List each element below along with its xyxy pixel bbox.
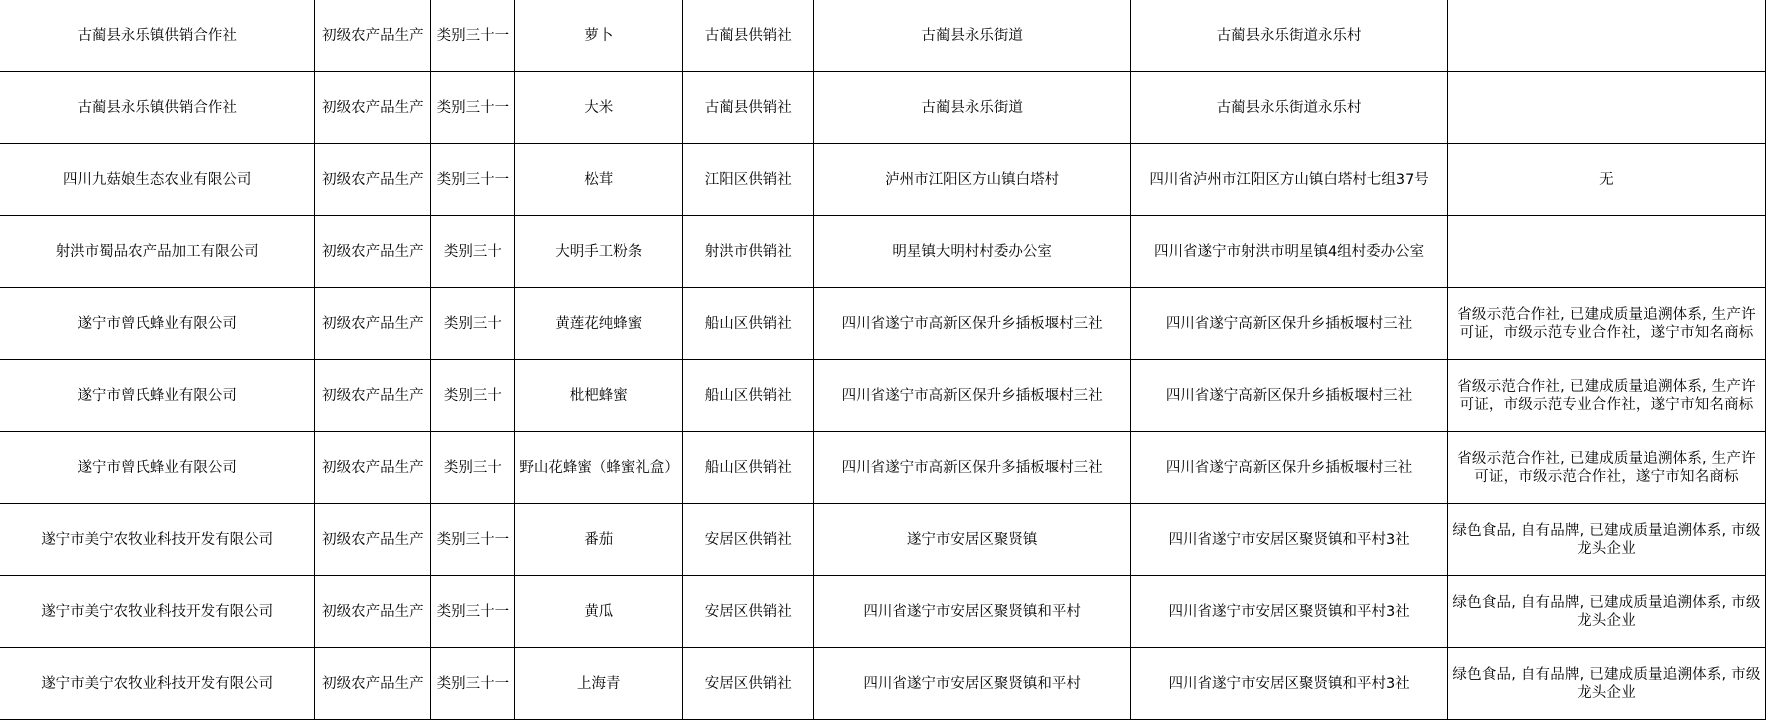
table-row: 遂宁市曾氏蜂业有限公司 初级农产品生产 类别三十 黄莲花纯蜂蜜 船山区供销社 四… [0,288,1766,360]
category-cell[interactable]: 初级农产品生产 [315,72,431,144]
coop-cell[interactable]: 船山区供销社 [683,432,814,504]
company-cell[interactable]: 遂宁市美宁农牧业科技开发有限公司 [0,576,315,648]
category-cell[interactable]: 初级农产品生产 [315,0,431,72]
product-cell[interactable]: 黄莲花纯蜂蜜 [515,288,683,360]
company-cell[interactable]: 遂宁市曾氏蜂业有限公司 [0,288,315,360]
notes-cell[interactable] [1448,216,1766,288]
table-row: 遂宁市曾氏蜂业有限公司 初级农产品生产 类别三十 野山花蜂蜜（蜂蜜礼盒） 船山区… [0,432,1766,504]
address-cell[interactable]: 四川省泸州市江阳区方山镇白塔村七组37号 [1131,144,1448,216]
product-cell[interactable]: 萝卜 [515,0,683,72]
product-cell[interactable]: 黄瓜 [515,576,683,648]
company-cell[interactable]: 古蔺县永乐镇供销合作社 [0,0,315,72]
company-cell[interactable]: 遂宁市美宁农牧业科技开发有限公司 [0,504,315,576]
coop-cell[interactable]: 安居区供销社 [683,504,814,576]
class-cell[interactable]: 类别三十一 [431,72,515,144]
table-row: 古蔺县永乐镇供销合作社 初级农产品生产 类别三十一 大米 古蔺县供销社 古蔺县永… [0,72,1766,144]
coop-cell[interactable]: 船山区供销社 [683,288,814,360]
category-cell[interactable]: 初级农产品生产 [315,576,431,648]
notes-cell[interactable]: 绿色食品, 自有品牌, 已建成质量追溯体系, 市级龙头企业 [1448,648,1766,720]
base-location-cell[interactable]: 四川省遂宁市安居区聚贤镇和平村 [814,576,1131,648]
address-cell[interactable]: 古蔺县永乐街道永乐村 [1131,0,1448,72]
notes-cell[interactable] [1448,0,1766,72]
category-cell[interactable]: 初级农产品生产 [315,144,431,216]
company-cell[interactable]: 遂宁市曾氏蜂业有限公司 [0,432,315,504]
class-cell[interactable]: 类别三十一 [431,144,515,216]
notes-cell[interactable]: 绿色食品, 自有品牌, 已建成质量追溯体系, 市级龙头企业 [1448,576,1766,648]
product-cell[interactable]: 番茄 [515,504,683,576]
class-cell[interactable]: 类别三十 [431,432,515,504]
coop-cell[interactable]: 安居区供销社 [683,576,814,648]
address-cell[interactable]: 四川省遂宁高新区保升乡插板堰村三社 [1131,360,1448,432]
table-row: 射洪市蜀品农产品加工有限公司 初级农产品生产 类别三十 大明手工粉条 射洪市供销… [0,216,1766,288]
notes-cell[interactable] [1448,72,1766,144]
table-row: 古蔺县永乐镇供销合作社 初级农产品生产 类别三十一 萝卜 古蔺县供销社 古蔺县永… [0,0,1766,72]
table-row: 遂宁市美宁农牧业科技开发有限公司 初级农产品生产 类别三十一 番茄 安居区供销社… [0,504,1766,576]
product-cell[interactable]: 上海青 [515,648,683,720]
table-row: 遂宁市美宁农牧业科技开发有限公司 初级农产品生产 类别三十一 黄瓜 安居区供销社… [0,576,1766,648]
address-cell[interactable]: 四川省遂宁市安居区聚贤镇和平村3社 [1131,648,1448,720]
product-cell[interactable]: 野山花蜂蜜（蜂蜜礼盒） [515,432,683,504]
coop-cell[interactable]: 古蔺县供销社 [683,0,814,72]
base-location-cell[interactable]: 泸州市江阳区方山镇白塔村 [814,144,1131,216]
base-location-cell[interactable]: 四川省遂宁市高新区保升多插板堰村三社 [814,432,1131,504]
company-cell[interactable]: 古蔺县永乐镇供销合作社 [0,72,315,144]
notes-cell[interactable]: 绿色食品, 自有品牌, 已建成质量追溯体系, 市级龙头企业 [1448,504,1766,576]
notes-cell[interactable]: 无 [1448,144,1766,216]
table-row: 遂宁市美宁农牧业科技开发有限公司 初级农产品生产 类别三十一 上海青 安居区供销… [0,648,1766,720]
coop-cell[interactable]: 射洪市供销社 [683,216,814,288]
coop-cell[interactable]: 古蔺县供销社 [683,72,814,144]
class-cell[interactable]: 类别三十一 [431,0,515,72]
product-cell[interactable]: 松茸 [515,144,683,216]
base-location-cell[interactable]: 四川省遂宁市高新区保升乡插板堰村三社 [814,288,1131,360]
base-location-cell[interactable]: 遂宁市安居区聚贤镇 [814,504,1131,576]
company-cell[interactable]: 遂宁市美宁农牧业科技开发有限公司 [0,648,315,720]
company-cell[interactable]: 遂宁市曾氏蜂业有限公司 [0,360,315,432]
table-row: 四川九菇娘生态农业有限公司 初级农产品生产 类别三十一 松茸 江阳区供销社 泸州… [0,144,1766,216]
address-cell[interactable]: 四川省遂宁市射洪市明星镇4组村委办公室 [1131,216,1448,288]
class-cell[interactable]: 类别三十 [431,360,515,432]
coop-cell[interactable]: 船山区供销社 [683,360,814,432]
category-cell[interactable]: 初级农产品生产 [315,216,431,288]
base-location-cell[interactable]: 四川省遂宁市高新区保升乡插板堰村三社 [814,360,1131,432]
coop-cell[interactable]: 江阳区供销社 [683,144,814,216]
product-cell[interactable]: 大米 [515,72,683,144]
address-cell[interactable]: 古蔺县永乐街道永乐村 [1131,72,1448,144]
product-table: 古蔺县永乐镇供销合作社 初级农产品生产 类别三十一 萝卜 古蔺县供销社 古蔺县永… [0,0,1766,720]
class-cell[interactable]: 类别三十 [431,216,515,288]
class-cell[interactable]: 类别三十一 [431,576,515,648]
category-cell[interactable]: 初级农产品生产 [315,360,431,432]
table-body: 古蔺县永乐镇供销合作社 初级农产品生产 类别三十一 萝卜 古蔺县供销社 古蔺县永… [0,0,1766,720]
base-location-cell[interactable]: 古蔺县永乐街道 [814,0,1131,72]
category-cell[interactable]: 初级农产品生产 [315,432,431,504]
category-cell[interactable]: 初级农产品生产 [315,288,431,360]
coop-cell[interactable]: 安居区供销社 [683,648,814,720]
base-location-cell[interactable]: 四川省遂宁市安居区聚贤镇和平村 [814,648,1131,720]
address-cell[interactable]: 四川省遂宁市安居区聚贤镇和平村3社 [1131,576,1448,648]
table-row: 遂宁市曾氏蜂业有限公司 初级农产品生产 类别三十 枇杷蜂蜜 船山区供销社 四川省… [0,360,1766,432]
product-cell[interactable]: 枇杷蜂蜜 [515,360,683,432]
notes-cell[interactable]: 省级示范合作社, 已建成质量追溯体系, 生产许可证，市级示范专业合作社，遂宁市知… [1448,288,1766,360]
address-cell[interactable]: 四川省遂宁市安居区聚贤镇和平村3社 [1131,504,1448,576]
company-cell[interactable]: 四川九菇娘生态农业有限公司 [0,144,315,216]
notes-cell[interactable]: 省级示范合作社, 已建成质量追溯体系, 生产许可证，市级示范专业合作社，遂宁市知… [1448,360,1766,432]
base-location-cell[interactable]: 古蔺县永乐街道 [814,72,1131,144]
product-cell[interactable]: 大明手工粉条 [515,216,683,288]
base-location-cell[interactable]: 明星镇大明村村委办公室 [814,216,1131,288]
category-cell[interactable]: 初级农产品生产 [315,504,431,576]
address-cell[interactable]: 四川省遂宁高新区保升乡插板堰村三社 [1131,288,1448,360]
notes-cell[interactable]: 省级示范合作社, 已建成质量追溯体系, 生产许可证，市级示范合作社，遂宁市知名商… [1448,432,1766,504]
class-cell[interactable]: 类别三十一 [431,504,515,576]
category-cell[interactable]: 初级农产品生产 [315,648,431,720]
address-cell[interactable]: 四川省遂宁高新区保升乡插板堰村三社 [1131,432,1448,504]
class-cell[interactable]: 类别三十 [431,288,515,360]
class-cell[interactable]: 类别三十一 [431,648,515,720]
company-cell[interactable]: 射洪市蜀品农产品加工有限公司 [0,216,315,288]
